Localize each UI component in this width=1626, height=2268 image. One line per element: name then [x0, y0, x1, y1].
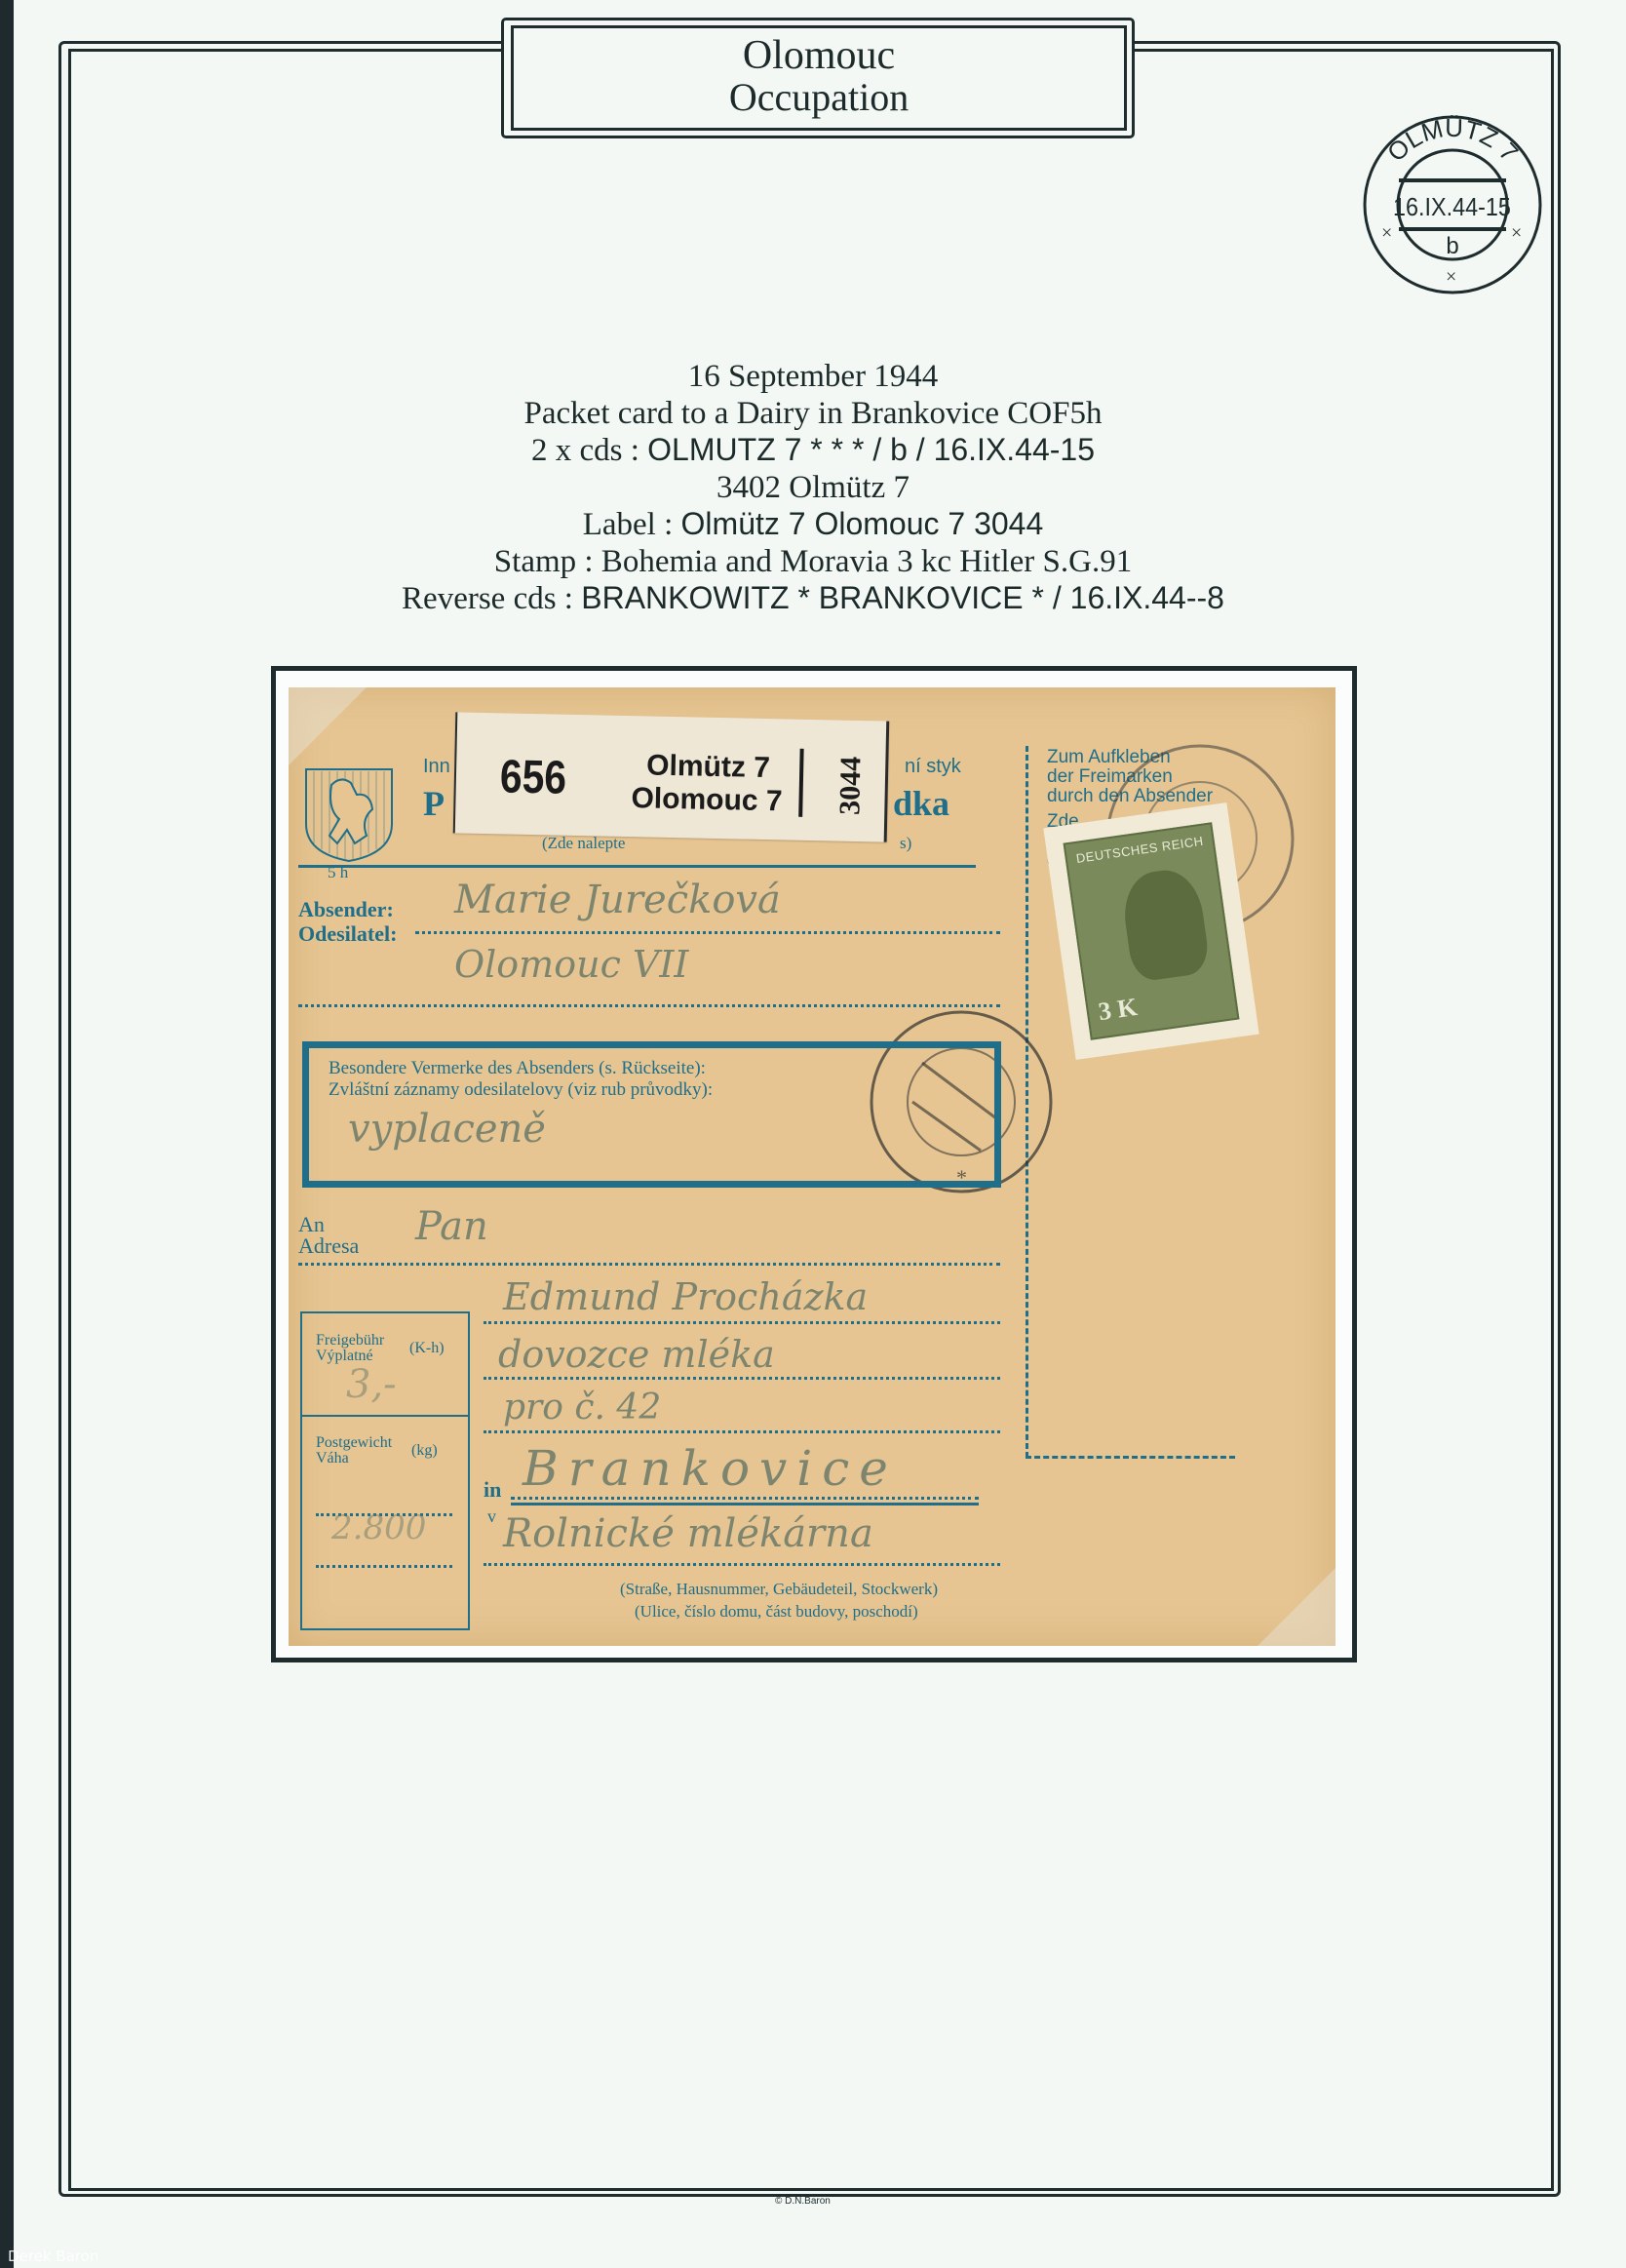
parcel-label-line1: Olmütz 7 — [646, 749, 770, 785]
header-note-right: s) — [900, 834, 911, 853]
town-rule — [511, 1503, 979, 1505]
address-line — [484, 1430, 1000, 1433]
svg-text:×: × — [1511, 222, 1522, 244]
weight-unit: (kg) — [411, 1443, 438, 1459]
copyright-note: © D.N.Baron — [775, 2196, 831, 2207]
stamp-area-bottom — [1026, 1456, 1235, 1459]
parcel-label: 656 Olmütz 7 Olomouc 7 3044 — [453, 712, 889, 841]
caption-stamp: Stamp : Bohemia and Moravia 3 kc Hitler … — [0, 544, 1626, 581]
page-title: Olomouc — [514, 34, 1124, 77]
address-label-cz: Adresa — [298, 1233, 359, 1259]
page-subtitle: Occupation — [514, 77, 1124, 118]
svg-text:×: × — [1381, 222, 1392, 244]
weight-label-cz: Váha — [316, 1451, 349, 1466]
fee-weight-box: Freigebühr Výplatné (K-h) 3,- Postgewich… — [300, 1311, 470, 1630]
town-label-de: in — [484, 1477, 501, 1503]
portrait-icon — [1119, 866, 1212, 983]
svg-text:×: × — [1446, 266, 1456, 288]
title-box: Olomouc Occupation — [511, 25, 1127, 131]
street-value: Rolnické mlékárna — [503, 1511, 873, 1556]
fee-value: 3,- — [346, 1362, 397, 1407]
sender-notes-box: Besondere Vermerke des Absenders (s. Rüc… — [302, 1041, 1001, 1188]
caption-office: 3402 Olmütz 7 — [0, 470, 1626, 507]
svg-text:b: b — [1446, 233, 1458, 259]
mount-corner — [289, 687, 367, 765]
weight-value: 2.800 — [331, 1508, 426, 1547]
street-line — [484, 1563, 1000, 1566]
caption-description: Packet card to a Dairy in Brankovice COF… — [0, 396, 1626, 433]
sender-line — [298, 1004, 1000, 1007]
scan-edge-strip — [0, 0, 14, 2268]
sender-label-de: Absender: — [298, 897, 394, 922]
packet-card: 5 h Inn ní styk P dka (Zde nalepte s) 65… — [289, 687, 1336, 1646]
header-small-right: ní styk — [905, 756, 961, 778]
fee-label-de: Freigebühr — [316, 1333, 384, 1349]
header-big-left: P — [423, 783, 445, 824]
town-line — [511, 1497, 979, 1500]
svg-text:OLMÜTZ 7: OLMÜTZ 7 — [1381, 113, 1525, 168]
header-rule — [298, 865, 976, 868]
parcel-label-code: 3044 — [833, 742, 869, 831]
weight-label-de: Postgewicht — [316, 1435, 392, 1451]
parcel-label-line2: Olomouc 7 — [631, 782, 783, 818]
addressee-line3: pro č. 42 — [503, 1388, 661, 1427]
watermark: Derek Baron — [8, 2248, 98, 2265]
header-big-right: dka — [893, 783, 949, 824]
svg-text:16.IX.44-15: 16.IX.44-15 — [1393, 194, 1511, 221]
stamp-country: DEUTSCHES REICH — [1066, 832, 1214, 867]
description-caption: 16 September 1944 Packet card to a Dairy… — [0, 359, 1626, 618]
coat-of-arms-icon — [302, 765, 396, 863]
notes-label-cz: Zvláštní záznamy odesilatelovy (viz rub … — [329, 1079, 713, 1101]
weight-line — [316, 1565, 452, 1568]
town-label-cz: v — [487, 1506, 496, 1527]
caption-cds: 2 x cds : OLMUTZ 7 * * * / b / 16.IX.44-… — [0, 432, 1626, 470]
caption-label: Label : Olmütz 7 Olomouc 7 3044 — [0, 506, 1626, 544]
header-note-left: (Zde nalepte — [542, 834, 625, 853]
street-hint-cz: (Ulice, číslo domu, část budovy, poschod… — [635, 1602, 918, 1622]
sender-town: Olomouc VII — [454, 943, 688, 986]
notes-value: vyplaceně — [348, 1107, 546, 1152]
addressee-title: Pan — [415, 1204, 488, 1249]
address-line — [484, 1377, 1000, 1380]
caption-reverse: Reverse cds : BRANKOWITZ * BRANKOVICE * … — [0, 580, 1626, 618]
address-line — [484, 1321, 1000, 1324]
address-line — [298, 1263, 1000, 1266]
sender-line — [415, 931, 1000, 934]
addressee-line2: dovozce mléka — [498, 1333, 775, 1376]
header-small-left: Inn — [423, 756, 450, 778]
postage-stamp: DEUTSCHES REICH 3 K — [1043, 802, 1259, 1060]
town-value: Brankovice — [523, 1440, 898, 1497]
sender-label-cz: Odesilatel: — [298, 921, 397, 947]
street-hint-de: (Straße, Hausnummer, Gebäudeteil, Stockw… — [620, 1580, 938, 1599]
fee-unit: (K-h) — [409, 1341, 445, 1356]
parcel-label-bar — [798, 749, 803, 817]
mount-corner — [1258, 1568, 1336, 1646]
parcel-label-number: 656 — [499, 750, 566, 804]
addressee-name: Edmund Procházka — [503, 1275, 868, 1318]
caption-date: 16 September 1944 — [0, 359, 1626, 396]
stamp-value: 3 K — [1097, 993, 1140, 1027]
postmark-sample-icon: OLMÜTZ 7 16.IX.44-15 b × × × — [1360, 112, 1545, 297]
fee-divider — [302, 1415, 468, 1417]
sender-name: Marie Jurečková — [454, 878, 781, 922]
notes-label-de: Besondere Vermerke des Absenders (s. Rüc… — [329, 1058, 706, 1079]
